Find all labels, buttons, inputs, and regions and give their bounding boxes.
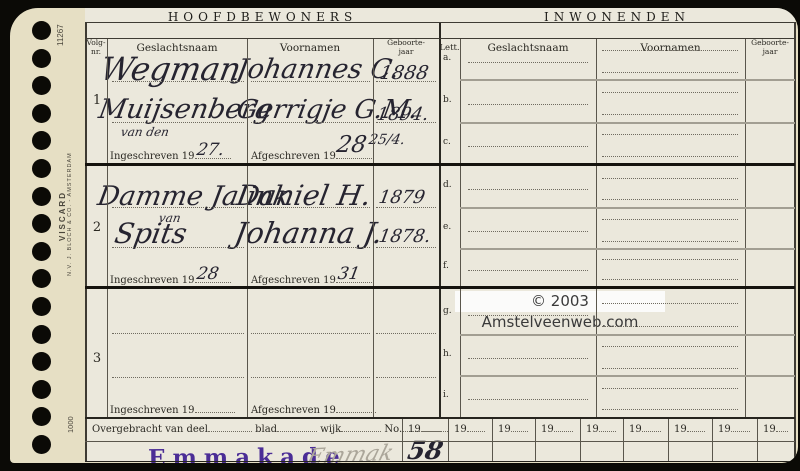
serial-number-top: 11267 [56,24,65,46]
writing-guide-line [112,122,244,123]
writing-guide-line [602,279,738,280]
grid-line-vertical [794,22,796,462]
grid-line-vertical [596,38,597,417]
punch-hole [32,131,51,150]
grid-line-horizontal [460,122,795,124]
transfer-line: Overgebracht van deel blad wijk No. [92,422,448,435]
punch-hole [32,76,51,95]
writing-guide-line [468,104,588,105]
writing-guide-line [468,146,588,147]
writing-guide-line [468,62,588,63]
punch-hole [32,49,51,68]
writing-guide-line [376,247,436,248]
afgeschreven-year-value: 31 [336,264,361,284]
grid-line-horizontal [85,441,795,442]
grid-line-vertical [668,417,669,462]
grid-line-horizontal [460,79,795,81]
grid-line-vertical [757,417,758,462]
grid-line-vertical [107,38,108,417]
writing-guide-line [602,156,738,157]
ingeschreven-year-value: 27. [195,140,226,160]
ingeschreven-year-value: 28 [195,264,220,284]
grid-line-horizontal [460,207,795,209]
punch-hole [32,104,51,123]
writing-guide-line [602,409,738,410]
writing-guide-line [251,247,370,248]
lodger-row-letter: a. [443,53,458,63]
writing-guide-line [376,81,436,82]
writing-guide-line [376,333,436,334]
lodger-row-letter: h. [443,349,458,359]
firstnames-entry: Johanna J. [232,216,386,250]
grid-line-vertical [535,417,536,462]
writing-guide-line [468,231,588,232]
grid-line-vertical [85,22,87,462]
grid-line-vertical [580,417,581,462]
grid-line-vertical [448,417,449,462]
lodger-row-letter: c. [443,137,458,147]
grid-line-horizontal [85,163,795,166]
writing-guide-line [112,333,244,334]
registration-card: 11267 VISCARD N.V. J. BLOCH & CO. - AMST… [10,8,798,463]
writing-guide-line [602,368,738,369]
writing-guide-line [602,114,738,115]
writing-guide-line [251,333,370,334]
lodger-row-letter: e. [443,222,458,232]
grid-line-vertical [623,417,624,462]
grid-line-horizontal [85,286,795,289]
writing-guide-line [112,247,244,248]
birthyear-entry: 1879 [377,187,427,208]
scan-background: 11267 VISCARD N.V. J. BLOCH & CO. - AMST… [0,0,800,471]
writing-guide-line [602,346,738,347]
writing-guide-line [602,388,738,389]
maker-address: N.V. J. BLOCH & CO. - AMSTERDAM [67,156,73,276]
grid-line-horizontal [460,334,795,336]
writing-guide-line [468,358,588,359]
writing-guide-line [468,189,588,190]
writing-guide-line [112,207,244,208]
surname-entry: Wegman [98,50,244,88]
writing-guide-line [468,270,588,271]
punch-hole [32,435,51,454]
punch-hole [32,187,51,206]
punch-hole [32,269,51,288]
grid-line-horizontal [85,461,795,463]
footer-year-cell: 19 [763,422,788,435]
grid-line-horizontal [85,417,795,419]
writing-guide-line [602,92,738,93]
writing-guide-line [602,326,738,327]
grid-line-horizontal [85,38,795,39]
writing-guide-line [251,377,370,378]
punch-hole [32,407,51,426]
footer-year-cell: 19 [674,422,705,435]
footer-year-cell: 19 [718,422,750,435]
footer-year-cell: 19 [454,422,485,435]
grid-line-horizontal [460,248,795,250]
grid-line-vertical [492,417,493,462]
punch-hole [32,325,51,344]
punch-hole [32,214,51,233]
writing-guide-line [602,219,738,220]
sequence-number: 2 [87,220,107,235]
card-maker-imprint: VISCARD N.V. J. BLOCH & CO. - AMSTERDAM [58,156,73,276]
writing-guide-line [376,207,436,208]
lodger-row-letter: i. [443,390,458,400]
writing-guide-line [602,72,738,73]
writing-guide-line [112,81,244,82]
lodger-row-letter: b. [443,95,458,105]
grid-line-vertical [745,38,746,417]
lodger-row-letter: d. [443,180,458,190]
birthyear-entry: 1878. [377,226,432,247]
writing-guide-line [251,122,370,123]
writing-guide-line [602,241,738,242]
footer-year-cell: 19 [629,422,661,435]
grid-line-vertical [712,417,713,462]
surname-prefix: van den [120,125,170,139]
afgeschreven-year-value: 28 [335,132,369,158]
print-run-number: 1000 [66,416,75,433]
lodger-row-letter: f. [443,261,458,271]
punch-hole [32,159,51,178]
punch-hole [32,352,51,371]
afgeschreven-label: Afgeschreven 19 [251,403,376,416]
writing-guide-line [251,207,370,208]
grid-line-horizontal [460,375,795,377]
punch-hole [32,297,51,316]
writing-guide-line [468,399,588,400]
footer-year-cell: 19 [498,422,528,435]
grid-line-horizontal [85,22,795,23]
writing-guide-line [602,199,738,200]
surname-entry: Spits [112,217,190,250]
grid-line-vertical [460,38,461,417]
grid-line-vertical [402,417,403,462]
punch-hole [32,242,51,261]
ingeschreven-label: Ingeschreven 19 [110,403,235,416]
grid-line-vertical [247,38,248,417]
sequence-number: 3 [87,351,107,366]
grid-line-vertical [439,22,441,417]
lodger-row-letter: g. [443,306,458,316]
punch-hole [32,380,51,399]
footer-year-cell: 19 [408,422,441,435]
punch-hole [32,21,51,40]
footer-year-cell: 19 [586,422,616,435]
maker-name: VISCARD [58,156,67,276]
writing-guide-line [602,259,738,260]
writing-guide-line [602,178,738,179]
writing-guide-line [602,134,738,135]
writing-guide-line [602,303,738,304]
writing-guide-line [468,315,588,316]
writing-guide-line [251,81,370,82]
writing-guide-line [112,377,244,378]
footer-year-cell: 19 [541,422,573,435]
writing-guide-line [376,122,436,123]
copyright-watermark: © 2003 Amstelveenweb.com [455,291,665,312]
grid-line-vertical [373,38,374,417]
writing-guide-line [602,50,738,51]
writing-guide-line [376,377,436,378]
